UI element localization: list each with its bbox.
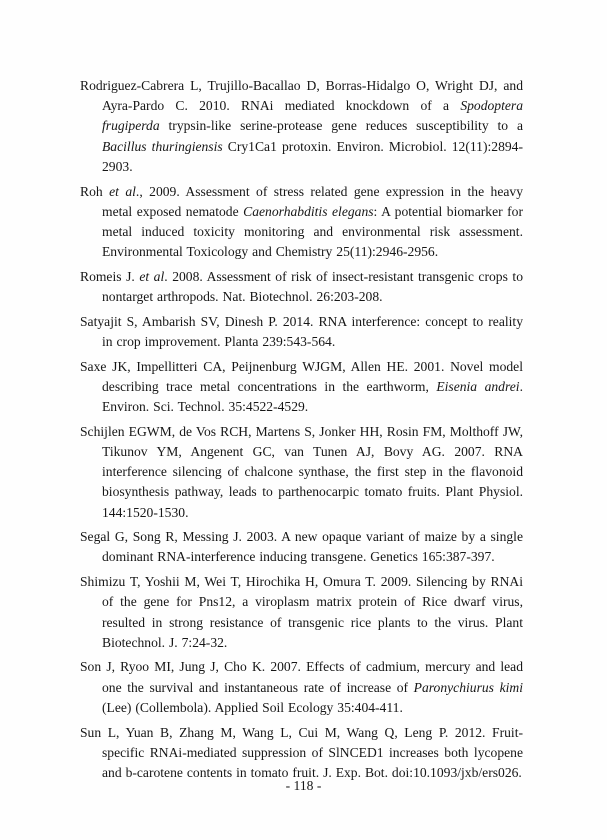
reference-text-segment: Paronychiurus kimi — [414, 680, 523, 695]
reference-text-segment: trypsin-like serine-protease gene reduce… — [160, 118, 523, 133]
reference-text-segment: Segal G, Song R, Messing J. 2003. A new … — [80, 529, 523, 564]
reference-entry: Satyajit S, Ambarish SV, Dinesh P. 2014.… — [80, 312, 523, 352]
document-page: Rodriguez-Cabrera L, Trujillo-Bacallao D… — [0, 0, 607, 840]
reference-text-segment: (Lee) (Collembola). Applied Soil Ecology… — [102, 700, 403, 715]
reference-text-segment: Satyajit S, Ambarish SV, Dinesh P. 2014.… — [80, 314, 523, 349]
page-number: - 118 - — [0, 776, 607, 796]
reference-entry: Sun L, Yuan B, Zhang M, Wang L, Cui M, W… — [80, 723, 523, 784]
reference-entry: Shimizu T, Yoshii M, Wei T, Hirochika H,… — [80, 572, 523, 653]
reference-text-segment: Schijlen EGWM, de Vos RCH, Martens S, Jo… — [80, 424, 523, 520]
reference-text-segment: Shimizu T, Yoshii M, Wei T, Hirochika H,… — [80, 574, 523, 650]
reference-entry: Saxe JK, Impellitteri CA, Peijnenburg WJ… — [80, 357, 523, 418]
reference-text-segment: . 2008. Assessment of risk of insect-res… — [102, 269, 523, 304]
reference-entry: Schijlen EGWM, de Vos RCH, Martens S, Jo… — [80, 422, 523, 523]
reference-entry: Segal G, Song R, Messing J. 2003. A new … — [80, 527, 523, 567]
reference-entry: Son J, Ryoo MI, Jung J, Cho K. 2007. Eff… — [80, 657, 523, 718]
reference-text-segment: Roh — [80, 184, 109, 199]
reference-text-segment: Sun L, Yuan B, Zhang M, Wang L, Cui M, W… — [80, 725, 523, 780]
reference-text-segment: et al — [139, 269, 164, 284]
reference-entry: Rodriguez-Cabrera L, Trujillo-Bacallao D… — [80, 76, 523, 177]
reference-entry: Roh et al., 2009. Assessment of stress r… — [80, 182, 523, 263]
references-list: Rodriguez-Cabrera L, Trujillo-Bacallao D… — [80, 76, 523, 788]
reference-text-segment: Rodriguez-Cabrera L, Trujillo-Bacallao D… — [80, 78, 523, 113]
reference-entry: Romeis J. et al. 2008. Assessment of ris… — [80, 267, 523, 307]
reference-text-segment: Bacillus thuringiensis — [102, 139, 223, 154]
reference-text-segment: Eisenia andrei — [436, 379, 519, 394]
reference-text-segment: Romeis J. — [80, 269, 139, 284]
reference-text-segment: et al — [109, 184, 136, 199]
reference-text-segment: Caenorhabditis elegans — [243, 204, 373, 219]
